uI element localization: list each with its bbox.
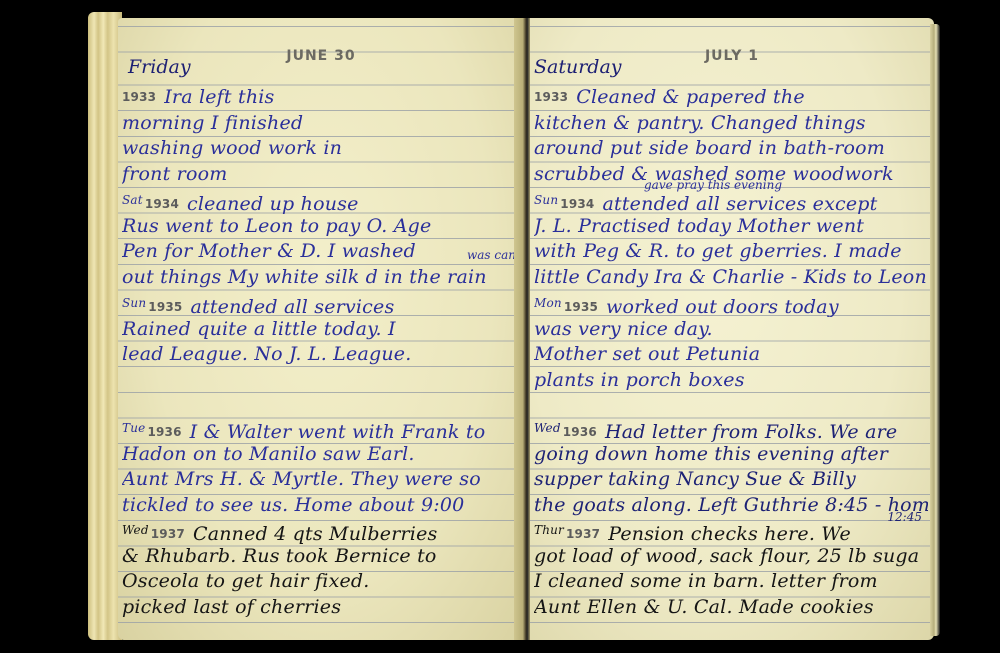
entry-line: Canned 4 qts Mulberries	[193, 523, 438, 544]
entry-line: & Rhubarb. Rus took Bernice to	[122, 544, 518, 570]
year-label: 1934	[560, 197, 594, 211]
entry-line: morning I finished	[122, 111, 518, 137]
entry-1937: Thur1937Pension checks here. We got load…	[534, 518, 928, 620]
entry-line: out things My white silk d in the rain	[122, 265, 518, 291]
insertion-note: gave pray this evening	[644, 178, 782, 192]
entry-1937: Wed1937Canned 4 qts Mulberries & Rhubarb…	[122, 518, 518, 620]
page-edges	[88, 12, 122, 640]
entry-line: Hadon on to Manilo saw Earl.	[122, 442, 518, 468]
year-label: 1935	[564, 300, 598, 314]
right-page-edge	[930, 24, 940, 636]
entry-line: I cleaned some in barn. letter from	[534, 569, 928, 595]
entry-line: Aunt Ellen & U. Cal. Made cookies	[534, 595, 928, 621]
entry-line: the goats along. Left Guthrie 8:45 - hom…	[534, 493, 928, 519]
entry-line: lead League. No J. L. League.	[122, 342, 518, 368]
right-page: Saturday JULY 1 1933Cleaned & papered th…	[530, 18, 934, 640]
weekday-abbrev: Sun	[534, 193, 558, 207]
entry-1935: Sun1935attended all services Rained quit…	[122, 291, 518, 368]
entry-line: Pension checks here. We	[608, 523, 851, 544]
year-label: 1936	[147, 425, 181, 439]
entry-line: washing wood work in	[122, 136, 518, 162]
entry-1936: Tue1936I & Walter went with Frank to Had…	[122, 416, 518, 518]
entry-line: kitchen & pantry. Changed things	[534, 111, 928, 137]
entry-line: Osceola to get hair fixed.	[122, 569, 518, 595]
year-label: 1937	[566, 527, 600, 541]
entry-line: little Candy Ira & Charlie - Kids to Leo…	[534, 265, 928, 291]
entry-line: worked out doors today	[606, 296, 839, 317]
entry-line: Pen for Mother & D. I washed	[122, 239, 518, 265]
weekday-abbrev: Thur	[534, 523, 564, 537]
entry-line: Had letter from Folks. We are	[605, 421, 897, 442]
printed-date: JUNE 30	[118, 48, 524, 64]
entry-line: going down home this evening after	[534, 442, 928, 468]
weekday-abbrev: Wed	[534, 421, 561, 435]
entry-1936: Wed1936Had letter from Folks. We are goi…	[534, 416, 928, 518]
entry-line: was very nice day.	[534, 317, 928, 343]
entry-line: I & Walter went with Frank to	[190, 421, 486, 442]
weekday-abbrev: Mon	[534, 296, 562, 310]
entry-line: supper taking Nancy Sue & Billy	[534, 467, 928, 493]
weekday-abbrev: Tue	[122, 421, 145, 435]
printed-date: JULY 1	[530, 48, 934, 64]
entry-line: around put side board in bath-room	[534, 136, 928, 162]
entry-line: attended all services	[190, 296, 394, 317]
year-label: 1933	[122, 90, 156, 104]
left-page: Friday JUNE 30 1933Ira left this morning…	[118, 18, 524, 640]
weekday-abbrev: Sat	[122, 193, 143, 207]
year-label: 1934	[145, 197, 179, 211]
entry-line: tickled to see us. Home about 9:00	[122, 493, 518, 519]
weekday-abbrev: Sun	[122, 296, 146, 310]
entry-line: attended all services except	[602, 193, 877, 214]
entry-line: front room	[122, 162, 518, 188]
weekday-abbrev: Wed	[122, 523, 149, 537]
entry-1934: Sat1934cleaned up house Rus went to Leon…	[122, 188, 518, 290]
entry-1934: gave pray this evening Sun1934attended a…	[534, 188, 928, 290]
year-label: 1935	[148, 300, 182, 314]
entry-1933: 1933Cleaned & papered the kitchen & pant…	[534, 85, 928, 187]
year-label: 1933	[534, 90, 568, 104]
entry-line: cleaned up house	[187, 193, 359, 214]
entry-line: Rus went to Leon to pay O. Age	[122, 214, 518, 240]
entry-line: picked last of cherries	[122, 595, 518, 621]
entry-line: Mother set out Petunia	[534, 342, 928, 368]
entry-line: Aunt Mrs H. & Myrtle. They were so	[122, 467, 518, 493]
entry-line: Ira left this	[164, 86, 274, 108]
year-label: 1936	[563, 425, 597, 439]
entry-1935: Mon1935worked out doors today was very n…	[534, 291, 928, 393]
entry-1933: 1933Ira left this morning I finished was…	[122, 85, 518, 187]
open-diary: Friday JUNE 30 1933Ira left this morning…	[88, 10, 940, 643]
entry-line: got load of wood, sack flour, 25 lb suga	[534, 544, 928, 570]
insertion-note: was can	[467, 248, 516, 262]
entry-line: J. L. Practised today Mother went	[534, 214, 928, 240]
entry-line: plants in porch boxes	[534, 368, 928, 394]
entry-line: Rained quite a little today. I	[122, 317, 518, 343]
entry-line: Cleaned & papered the	[576, 86, 805, 108]
entry-line: with Peg & R. to get gberries. I made	[534, 239, 928, 265]
year-label: 1937	[151, 527, 185, 541]
